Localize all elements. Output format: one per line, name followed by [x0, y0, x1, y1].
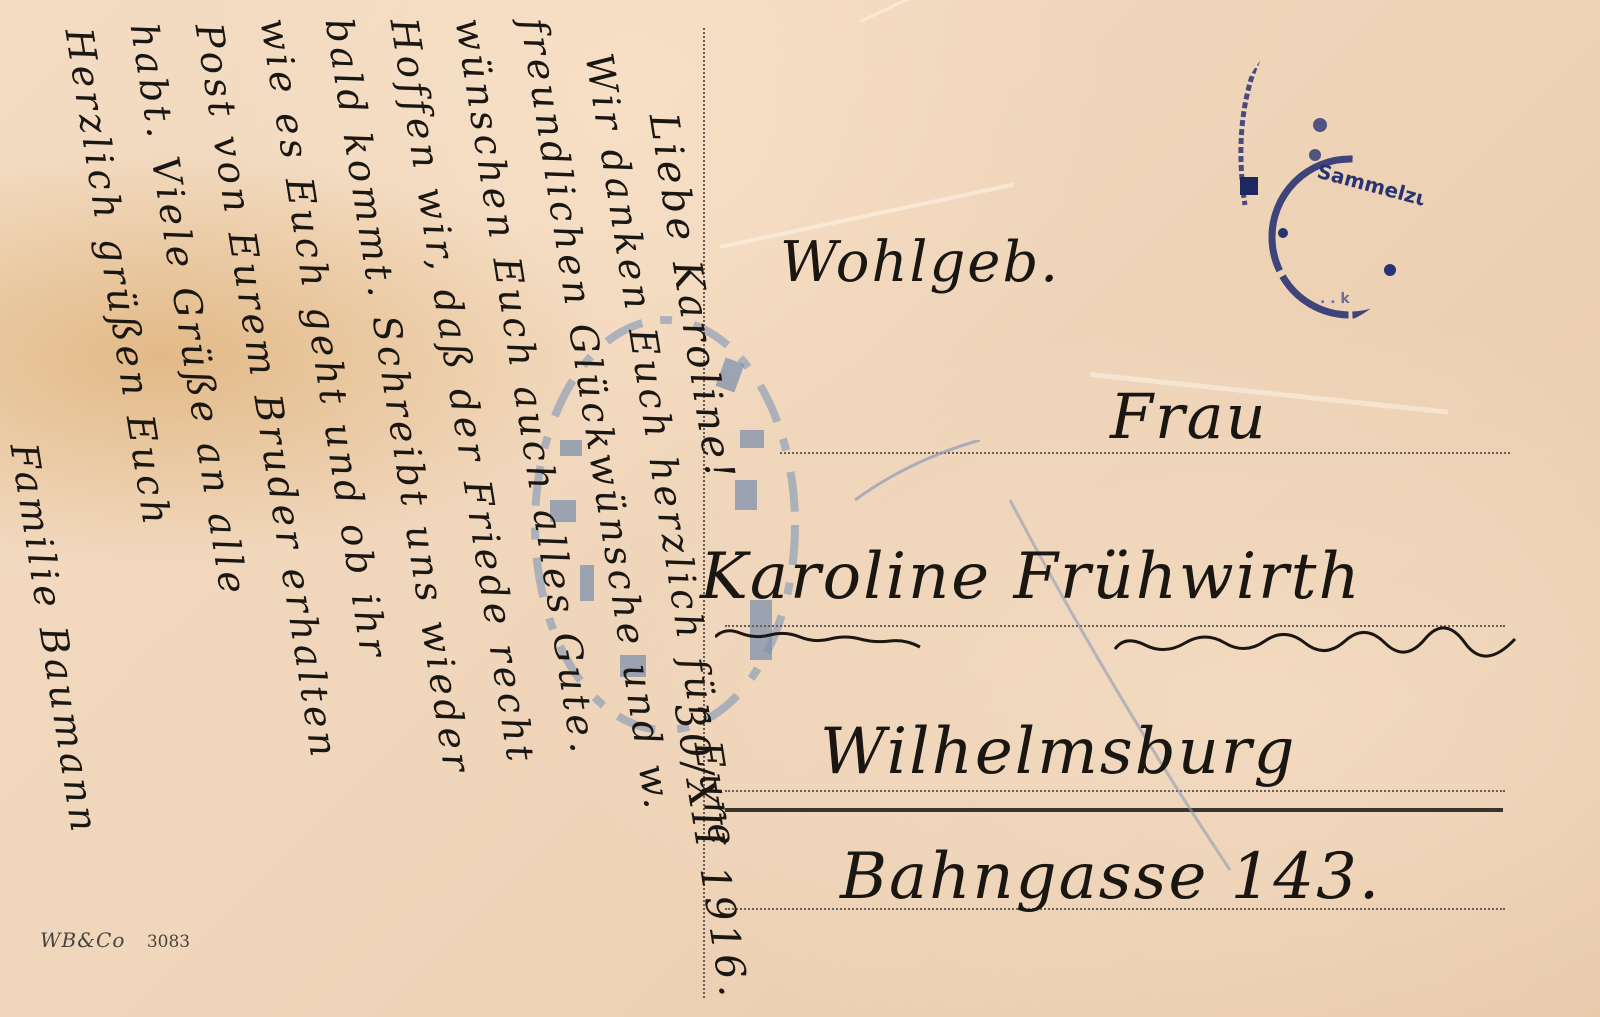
- svg-text:Sammelzug: Sammelzug: [1315, 159, 1425, 216]
- underline-squiggle: [715, 625, 1535, 665]
- card-number: 3083: [147, 932, 190, 952]
- publisher-imprint: WB&Co 3083: [40, 928, 190, 952]
- address-city: Wilhelmsburg: [820, 715, 1296, 789]
- address-name: Karoline Frühwirth: [700, 540, 1362, 614]
- address-salutation: Wohlgeb.: [780, 230, 1060, 295]
- message-signature: Familie Baumann: [2, 440, 107, 838]
- address-title: Frau: [1110, 380, 1268, 453]
- svg-text:. . k: . . k: [1320, 291, 1350, 307]
- censor-stamp: Sammelzug . . k: [1225, 25, 1425, 325]
- crease: [859, 0, 1005, 23]
- address-street: Bahngasse 143.: [840, 840, 1381, 914]
- message-area: 30/XII 1916. Liebe Karoline! Wir danken …: [20, 10, 700, 1010]
- postcard: Wohlgeb. Frau Karoline Frühwirth Wilhelm…: [0, 0, 1600, 1017]
- publisher-mark: WB&Co: [40, 928, 125, 952]
